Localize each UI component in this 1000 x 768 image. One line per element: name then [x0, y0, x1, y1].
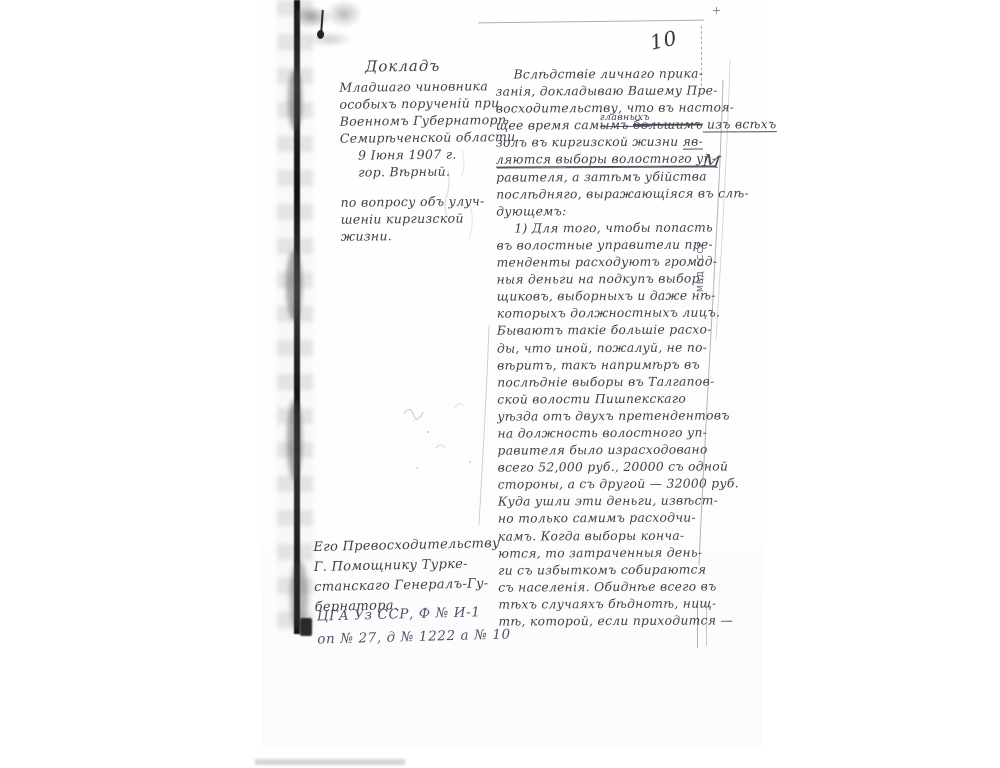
- body-line: Вслѣдствіе личнаго прика-: [496, 65, 731, 83]
- top-left-smudge: [296, 0, 370, 56]
- body-text: золъ въ киргизской жизни: [496, 135, 683, 150]
- body-line-corrected: щее время самымъ большимъ изъ всѣхъ глав…: [496, 117, 731, 135]
- body-line: вѣритъ, такъ напримѣръ въ: [497, 356, 732, 374]
- body-line: равителя было израсходовано: [497, 441, 732, 459]
- heading-line: особыхъ порученій при: [339, 94, 489, 113]
- scanned-document-canvas: + 10 Докладъ Младшаго чиновника особыхъ …: [0, 0, 1000, 768]
- underlined-phrase: яв-: [683, 135, 703, 150]
- mvd-sssr-stamp: МВД СССР: [696, 278, 766, 292]
- body-line: на должность волостного уп-: [497, 424, 732, 442]
- report-title: Докладъ: [365, 57, 489, 75]
- body-line: послѣдняго, выражающіяся въ слѣ-: [496, 185, 731, 203]
- body-line: Бываютъ такіе большіе расхо-: [497, 322, 732, 340]
- report-heading-block: Докладъ Младшаго чиновника особыхъ поруч…: [339, 57, 491, 245]
- heading-line: Младшаго чиновника: [339, 77, 489, 96]
- body-line: стороны, а съ другой — 32000 руб.: [498, 476, 733, 494]
- body-line: 1) Для того, чтобы попасть: [496, 219, 731, 237]
- body-line: тѣхъ случаяхъ бѣднотѣ, нищ-: [498, 595, 733, 613]
- body-line: ской волости Пишпекскаго: [497, 390, 732, 408]
- heading-line: Военномъ Губернаторѣ: [340, 111, 490, 130]
- underlined-phrase: изъ всѣхъ: [703, 117, 777, 132]
- spine-ink-blob: [287, 400, 302, 480]
- body-line: которыхъ должностныхъ лицъ.: [497, 305, 732, 323]
- body-line: всего 52,000 руб., 20000 съ одной: [498, 459, 733, 477]
- bottom-edge-scan-shadow: [255, 759, 405, 765]
- body-line: уѣзда отъ двухъ претендентовъ: [497, 407, 732, 425]
- body-line: ются, то затраченныя день-: [498, 544, 733, 562]
- underlined-phrase: ляются выборы волостного уп-: [496, 152, 716, 168]
- spine-ink-blob: [286, 250, 302, 320]
- heading-line: Семирѣченской области.: [340, 128, 490, 147]
- body-line: камъ. Когда выборы конча-: [498, 527, 733, 545]
- body-line: дующемъ:: [496, 202, 731, 220]
- margin-correction-mark: М: [702, 151, 722, 173]
- inserted-correction-word: главныхъ: [600, 109, 650, 127]
- body-line: съ населенія. Обиднѣе всего въ: [498, 578, 733, 596]
- body-line: ды, что иной, пожалуй, не по-: [497, 339, 732, 357]
- body-line: золъ въ киргизской жизни яв-: [496, 134, 731, 152]
- body-line: но только самимъ расходчи-: [498, 510, 733, 528]
- subject-line: шеніи киргизской: [341, 209, 491, 228]
- body-line: ги съ избыткомъ собираются: [498, 561, 733, 579]
- corner-plus-mark: +: [712, 4, 721, 17]
- body-line: Куда ушли эти деньги, извѣст-: [498, 493, 733, 511]
- body-line: занія, докладываю Вашему Пре-: [496, 82, 731, 100]
- report-city: гор. Вѣрный.: [358, 162, 490, 180]
- report-date: 9 Іюня 1907 г.: [358, 145, 490, 163]
- body-line: послѣдніе выборы въ Талгапов-: [497, 373, 732, 391]
- body-line: равителя, а затѣмъ убійства: [496, 168, 731, 186]
- subject-line: по вопросу объ улуч-: [340, 192, 490, 211]
- body-line: тѣ, которой, если приходится —: [498, 612, 733, 630]
- body-line: ляются выборы волостного уп-: [496, 151, 731, 169]
- spine-end-mark: [300, 618, 312, 636]
- spine-ink-blob: [288, 70, 302, 130]
- subject-line: жизни.: [341, 226, 491, 245]
- archive-citation-block: ЦГА Уз ССР, Ф № И-1 оп № 27, д № 1222 а …: [316, 600, 511, 651]
- report-body-block: Вслѣдствіе личнаго прика- занія, доклады…: [496, 65, 734, 630]
